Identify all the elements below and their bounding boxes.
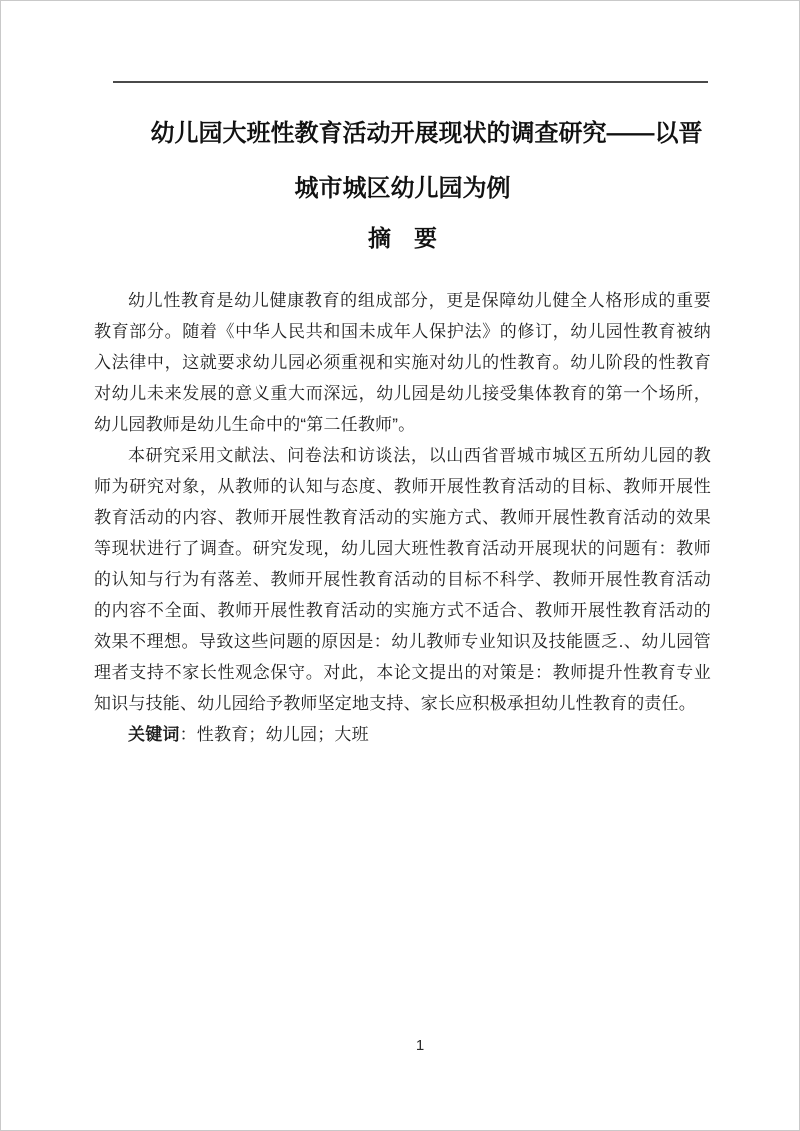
abstract-paragraph-2: 本研究采用文献法、问卷法和访谈法，以山西省晋城市城区五所幼儿园的教师为研究对象，… [94, 440, 711, 719]
document-title: 幼儿园大班性教育活动开展现状的调查研究——以晋城市城区幼儿园为例 [94, 106, 711, 216]
abstract-body: 幼儿性教育是幼儿健康教育的组成部分，更是保障幼儿健全人格形成的重要教育部分。随着… [94, 285, 711, 750]
page-content: 幼儿园大班性教育活动开展现状的调查研究——以晋城市城区幼儿园为例 摘 要 幼儿性… [94, 1, 711, 750]
page-number: 1 [1, 1037, 799, 1055]
abstract-heading: 摘 要 [94, 222, 711, 254]
keywords-value: ：性教育；幼儿园；大班 [180, 725, 369, 744]
keywords-label: 关键词 [128, 725, 180, 744]
abstract-paragraph-1: 幼儿性教育是幼儿健康教育的组成部分，更是保障幼儿健全人格形成的重要教育部分。随着… [94, 285, 711, 440]
document-page: 幼儿园大班性教育活动开展现状的调查研究——以晋城市城区幼儿园为例 摘 要 幼儿性… [0, 0, 800, 1131]
keywords-line: 关键词：性教育；幼儿园；大班 [94, 719, 711, 750]
